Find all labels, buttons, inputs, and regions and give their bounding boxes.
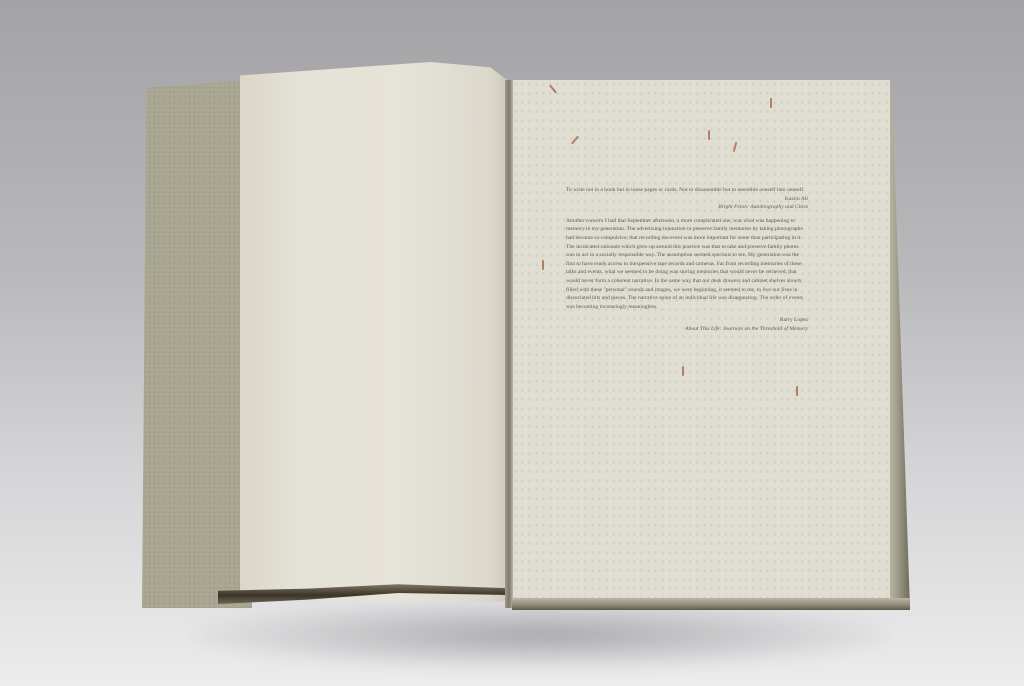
paper-fleck — [770, 98, 772, 108]
epigraph-quote: To write not in a book but in loose page… — [566, 186, 808, 195]
epigraph-author: Kazim Ali — [566, 195, 808, 204]
right-page — [512, 80, 890, 608]
book-gutter — [505, 80, 513, 608]
paper-fleck — [571, 136, 579, 145]
paper-fleck — [549, 85, 557, 94]
epigraph-work: Bright Felon: Autobiography and Cities — [566, 203, 808, 212]
passage-work: About This Life: Journeys on the Thresho… — [566, 325, 808, 334]
page-text: To write not in a book but in loose page… — [566, 186, 808, 334]
photo-scene: To write not in a book but in loose page… — [0, 0, 1024, 686]
paper-fleck — [796, 386, 798, 396]
book-cover-spine — [142, 80, 252, 608]
epigraph-work-title: Bright Felon: Autobiography and Cities — [718, 204, 808, 210]
right-page-bottom-edge — [512, 598, 910, 610]
book-shadow — [190, 600, 890, 670]
paper-fleck — [733, 142, 738, 152]
passage-work-title: About This Life: Journeys on the Thresho… — [685, 326, 808, 332]
paper-fleck — [542, 260, 544, 270]
left-page — [240, 62, 512, 602]
passage-text: Another concern I had that September aft… — [566, 217, 808, 312]
paper-fleck — [708, 130, 710, 140]
paper-fleck — [682, 366, 684, 376]
passage-author: Barry Lopez — [566, 316, 808, 325]
